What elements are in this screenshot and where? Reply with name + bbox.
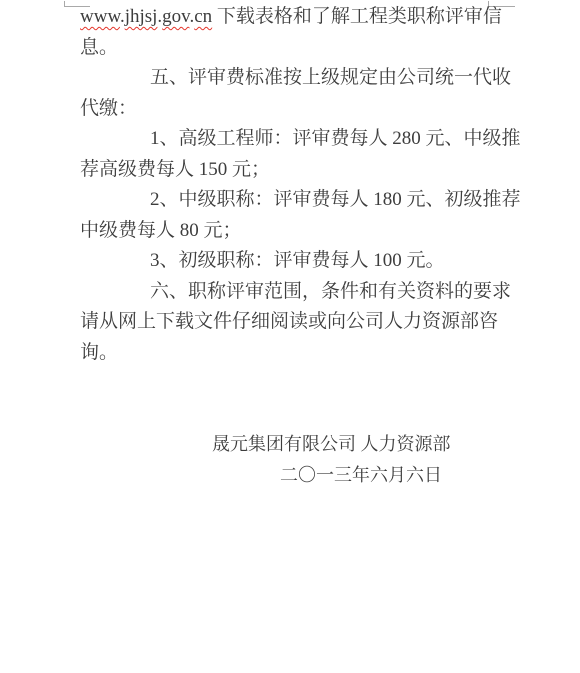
fee-item-1-senior-line: 1、高级工程师：评审费每人 280 元、中级推 <box>80 124 520 155</box>
blank-line <box>80 399 520 430</box>
section-6-wrap-line: 请从网上下载文件仔细阅读或向公司人力资源部咨 <box>80 307 520 338</box>
section-6-wrap-line-2: 询。 <box>80 338 520 369</box>
text-line-wrap: 息。 <box>80 33 520 64</box>
fee-item-2-wrap-line: 中级费每人 80 元； <box>80 216 520 247</box>
url-line-tail-text: 下载表格和了解工程类职称评审信 <box>212 6 502 27</box>
website-url-line: www.jhjsj.gov.cn 下载表格和了解工程类职称评审信 <box>80 2 520 33</box>
signature-date: 二〇一三年六月六日 <box>80 460 520 491</box>
url-segment-cn: cn <box>194 6 212 27</box>
blank-line <box>80 368 520 399</box>
url-segment-www: www <box>80 6 120 27</box>
url-segment-jhjsj: jhjsj <box>125 6 158 27</box>
fee-item-3-junior-line: 3、初级职称：评审费每人 100 元。 <box>80 246 520 277</box>
url-segment-gov: gov <box>162 6 189 27</box>
document-page: www.jhjsj.gov.cn 下载表格和了解工程类职称评审信 息。 五、评审… <box>0 0 580 673</box>
fee-item-1-wrap-line: 荐高级费每人 150 元； <box>80 155 520 186</box>
signature-company-dept: 晟元集团有限公司 人力资源部 <box>80 429 520 460</box>
section-5-wrap-line: 代缴： <box>80 94 520 125</box>
section-5-heading-line: 五、评审费标准按上级规定由公司统一代收 <box>80 63 520 94</box>
section-6-heading-line: 六、职称评审范围，条件和有关资料的要求 <box>80 277 520 308</box>
fee-item-2-middle-line: 2、中级职称：评审费每人 180 元、初级推荐 <box>80 185 520 216</box>
document-body: www.jhjsj.gov.cn 下载表格和了解工程类职称评审信 息。 五、评审… <box>80 2 520 490</box>
